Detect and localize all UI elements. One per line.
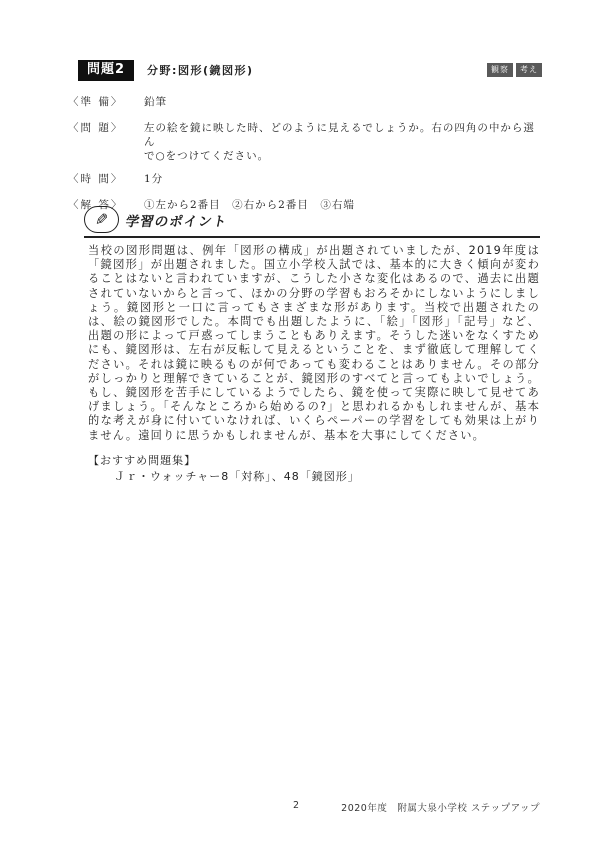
recommend-item: Ｊｒ・ウォッチャー8「対称」、48「鏡図形」	[114, 469, 360, 484]
meta-value: 左の絵を鏡に映した時、どのように見えるでしょうか。右の四角の中から選ん で○をつ…	[144, 121, 544, 163]
meta-label: 〈準 備〉	[68, 95, 144, 109]
observe-badge: 観察	[487, 63, 513, 77]
problem-header: 問題2 分野:図形(鏡図形) 観察 考え	[78, 60, 542, 81]
pencil-icon: ✎	[84, 206, 119, 233]
meta-label: 〈問 題〉	[68, 121, 144, 163]
points-title: 学習のポイント	[124, 210, 229, 230]
think-badge: 考え	[516, 63, 542, 77]
document-page: 問題2 分野:図形(鏡図形) 観察 考え 〈準 備〉 鉛筆 〈問 題〉 左の絵を…	[0, 0, 612, 859]
meta-row-preparation: 〈準 備〉 鉛筆	[68, 95, 544, 109]
category-title: 分野:図形(鏡図形)	[147, 62, 253, 78]
meta-row-time: 〈時 間〉 1分	[68, 172, 544, 186]
badge-group: 観察 考え	[487, 63, 542, 77]
meta-row-question: 〈問 題〉 左の絵を鏡に映した時、どのように見えるでしょうか。右の四角の中から選…	[68, 121, 544, 163]
recommend-section: 【おすすめ問題集】 Ｊｒ・ウォッチャー8「対称」、48「鏡図形」	[88, 453, 360, 484]
meta-value: 1分	[144, 172, 163, 186]
meta-label: 〈時 間〉	[68, 172, 144, 186]
points-body: 当校の図形問題は、例年「図形の構成」が出題されていましたが、2019年度は「鏡図…	[88, 244, 540, 443]
problem-number-box: 問題2	[78, 60, 134, 81]
recommend-title: 【おすすめ問題集】	[88, 453, 360, 468]
page-number: 2	[293, 800, 300, 811]
pencil-glyph: ✎	[95, 210, 108, 229]
meta-value: 鉛筆	[144, 95, 167, 109]
points-header: ✎ 学習のポイント	[84, 203, 540, 238]
footer-edition: 2020年度 附属大泉小学校 ステップアップ	[341, 800, 540, 814]
